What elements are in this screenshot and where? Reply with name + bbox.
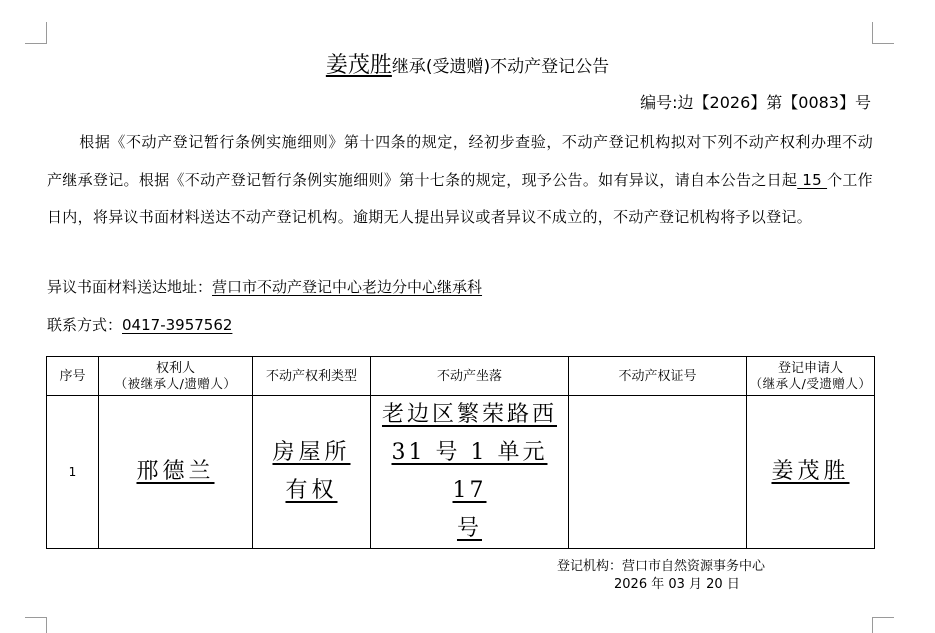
contact-label: 联系方式： [47,316,122,334]
cell-applicant: 姜茂胜 [747,396,875,549]
address-value: 营口市不动产登记中心老边分中心继承科 [212,278,482,296]
notice-paragraph: 根据《不动产登记暂行条例实施细则》第十四条的规定，经初步查验，不动产登记机构拟对… [47,124,873,237]
page-corner-mark-top-right [872,22,894,44]
header-applicant-sub: （继承人/受遗赠人） [747,376,874,391]
right-type-line2: 有权 [285,478,337,503]
notice-text-part1: 根据《不动产登记暂行条例实施细则》第十四条的规定，经初步查验，不动产登记机构拟对… [47,133,873,189]
title-applicant-name: 姜茂胜 [326,53,392,78]
cell-holder: 邢德兰 [99,396,253,549]
location-line1: 老边区繁荣路西 [382,402,557,427]
property-table: 序号 权利人 （被继承人/遗赠人） 不动产权利类型 不动产坐落 不动产权证号 登… [46,356,875,549]
notice-date: 2026 年 03 月 20 日 [614,573,740,592]
registration-authority: 登记机构：营口市自然资源事务中心 [557,555,765,574]
header-cert-no: 不动产权证号 [569,357,747,396]
objection-address: 异议书面材料送达地址：营口市不动产登记中心老边分中心继承科 [47,276,482,297]
address-label: 异议书面材料送达地址： [47,278,212,296]
contact-phone: 0417-3957562 [122,316,232,334]
document-number: 编号:边【2026】第【0083】号 [640,90,871,113]
table-header-row: 序号 权利人 （被继承人/遗赠人） 不动产权利类型 不动产坐落 不动产权证号 登… [47,357,875,396]
objection-days: 15 [797,171,827,189]
contact-info: 联系方式：0417-3957562 [47,314,232,335]
table-row: 1 邢德兰 房屋所 有权 老边区繁荣路西 31 号 1 单元 17 号 姜茂胜 [47,396,875,549]
cell-seq: 1 [47,396,99,549]
header-holder: 权利人 （被继承人/遗赠人） [99,357,253,396]
location-line3: 号 [457,516,482,541]
title-text: 继承(受遗赠)不动产登记公告 [392,57,609,77]
header-applicant: 登记申请人 （继承人/受遗赠人） [747,357,875,396]
header-holder-sub: （被继承人/遗赠人） [99,376,252,391]
header-location: 不动产坐落 [371,357,569,396]
page-corner-mark-bottom-left [25,617,47,633]
cell-location: 老边区繁荣路西 31 号 1 单元 17 号 [371,396,569,549]
header-applicant-main: 登记申请人 [778,361,843,376]
header-right-type: 不动产权利类型 [253,357,371,396]
header-seq: 序号 [47,357,99,396]
location-line2: 31 号 1 单元 17 [392,440,548,503]
header-holder-main: 权利人 [156,361,195,376]
cell-cert-no [569,396,747,549]
right-type-line1: 房屋所 [272,440,350,465]
holder-name: 邢德兰 [136,459,214,484]
page-title: 姜茂胜继承(受遗赠)不动产登记公告 [0,48,935,79]
page-corner-mark-top-left [25,22,47,44]
page-corner-mark-bottom-right [872,617,894,633]
applicant-name: 姜茂胜 [771,459,849,484]
cell-right-type: 房屋所 有权 [253,396,371,549]
